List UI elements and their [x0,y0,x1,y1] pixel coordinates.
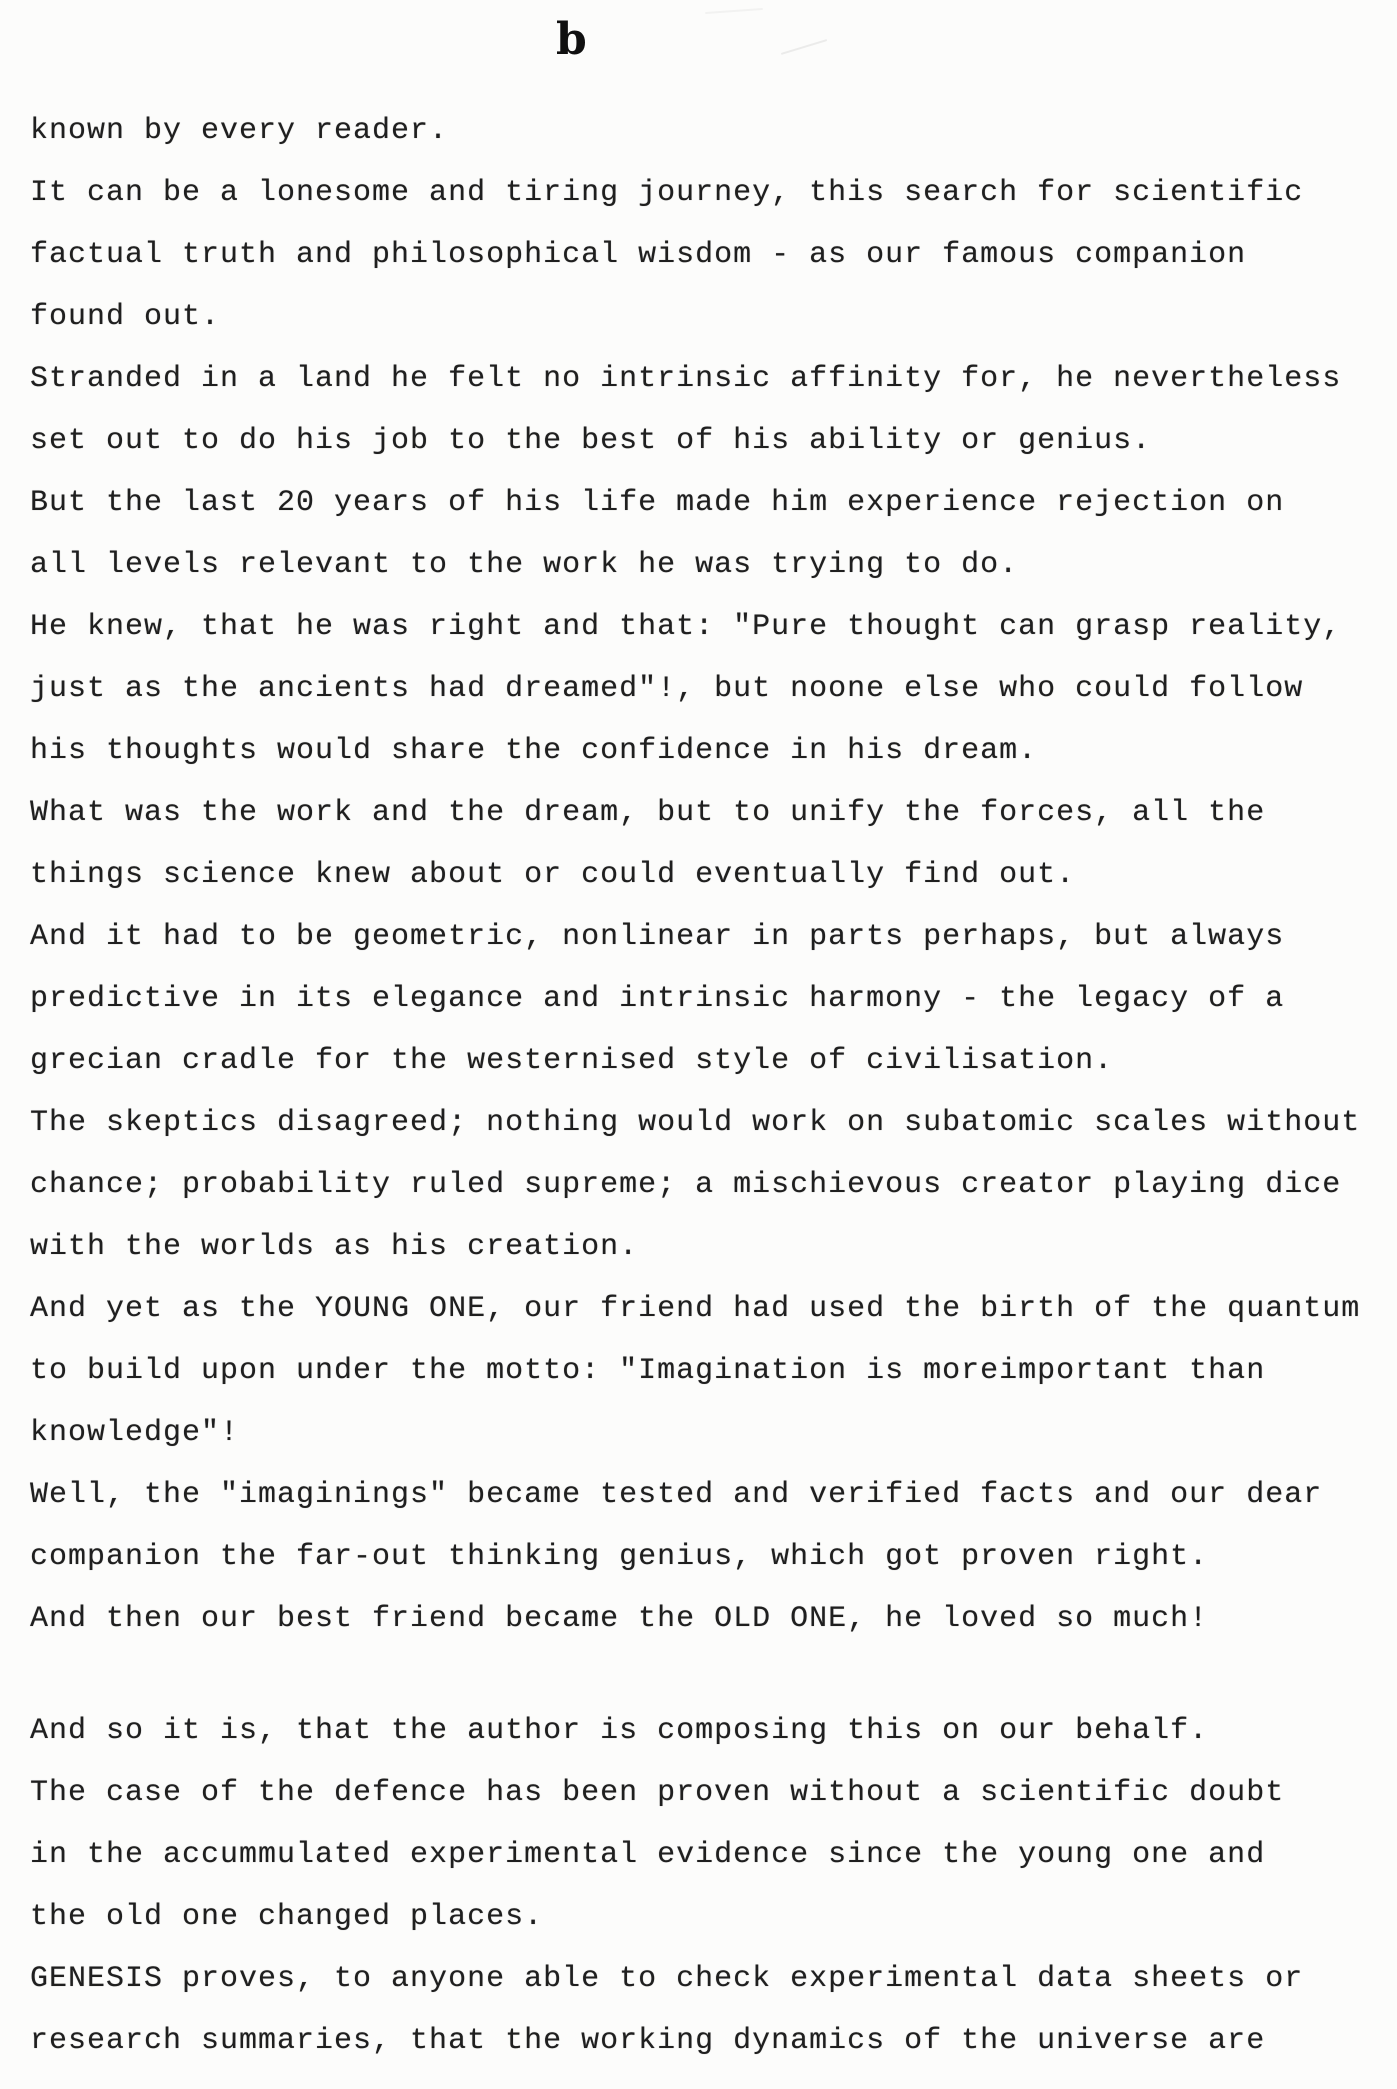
text-line: And yet as the YOUNG ONE, our friend had… [30,1278,1380,1340]
text-line: companion the far-out thinking genius, w… [30,1526,1380,1588]
text-line: known by every reader. [30,100,1380,162]
text-line: the old one changed places. [30,1886,1380,1948]
page-label: b [556,14,587,65]
text-line: all levels relevant to the work he was t… [30,534,1380,596]
text-line: It can be a lonesome and tiring journey,… [30,162,1380,224]
text-line: And so it is, that the author is composi… [30,1700,1380,1762]
text-line: chance; probability ruled supreme; a mis… [30,1154,1380,1216]
scan-scratch-artifact [705,8,763,14]
text-line: just as the ancients had dreamed"!, but … [30,658,1380,720]
text-line: his thoughts would share the confidence … [30,720,1380,782]
text-line: set out to do his job to the best of his… [30,410,1380,472]
text-line: Well, the "imaginings" became tested and… [30,1464,1380,1526]
main-text-block: known by every reader.It can be a loneso… [30,100,1380,1650]
text-line: He knew, that he was right and that: "Pu… [30,596,1380,658]
scan-scratch-artifact [781,39,827,55]
text-line: predictive in its elegance and intrinsic… [30,968,1380,1030]
text-line: found out. [30,286,1380,348]
text-line: knowledge"! [30,1402,1380,1464]
text-line: grecian cradle for the westernised style… [30,1030,1380,1092]
closing-text-block: And so it is, that the author is composi… [30,1700,1380,2072]
text-line: things science knew about or could event… [30,844,1380,906]
typewritten-page: b known by every reader.It can be a lone… [0,0,1397,2089]
text-line: The case of the defence has been proven … [30,1762,1380,1824]
text-line: factual truth and philosophical wisdom -… [30,224,1380,286]
text-line: And it had to be geometric, nonlinear in… [30,906,1380,968]
text-line: to build upon under the motto: "Imaginat… [30,1340,1380,1402]
text-line: with the worlds as his creation. [30,1216,1380,1278]
text-line: What was the work and the dream, but to … [30,782,1380,844]
text-line: Stranded in a land he felt no intrinsic … [30,348,1380,410]
text-line: research summaries, that the working dyn… [30,2010,1380,2072]
text-line: The skeptics disagreed; nothing would wo… [30,1092,1380,1154]
text-line: in the accummulated experimental evidenc… [30,1824,1380,1886]
text-line: And then our best friend became the OLD … [30,1588,1380,1650]
text-line: But the last 20 years of his life made h… [30,472,1380,534]
text-line: GENESIS proves, to anyone able to check … [30,1948,1380,2010]
document-body: known by every reader.It can be a loneso… [30,100,1380,2072]
